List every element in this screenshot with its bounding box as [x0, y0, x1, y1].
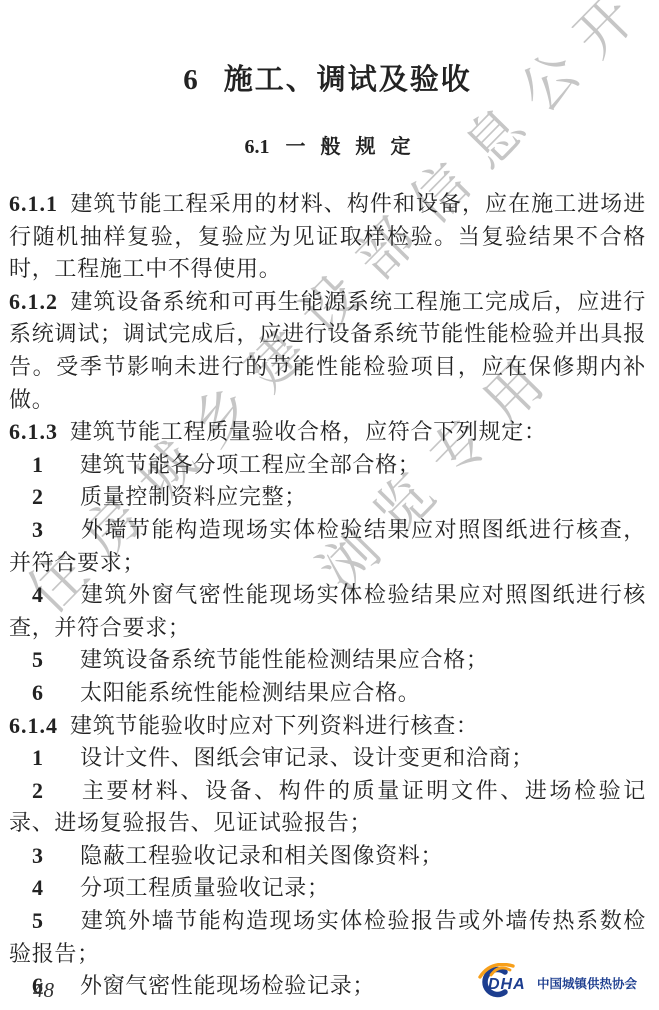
- clause-paragraph: 6.1.1建筑节能工程采用的材料、构件和设备，应在施工进场进行随机抽样复验，复验…: [9, 188, 646, 286]
- paragraph-text: 主要材料、设备、构件的质量证明文件、进场检验记录、进场复验报告、见证试验报告；: [9, 778, 646, 836]
- paragraph-text: 建筑外墙节能构造现场实体检验报告或外墙传热系数检验报告；: [9, 908, 646, 966]
- paragraph-text: 设计文件、图纸会审记录、设计变更和洽商；: [80, 745, 534, 770]
- paragraph-text: 建筑外窗气密性能现场实体检验结果应对照图纸进行核查，并符合要求；: [9, 582, 646, 640]
- paragraph-number: 3: [32, 517, 44, 542]
- list-item: 2质量控制资料应完整；: [9, 481, 646, 514]
- paragraph-text: 建筑设备系统和可再生能源系统工程施工完成后，应进行系统调试；调试完成后，应进行设…: [9, 289, 646, 412]
- paragraph-text: 隐蔽工程验收记录和相关图像资料；: [80, 843, 443, 868]
- clause-paragraph: 6.1.2建筑设备系统和可再生能源系统工程施工完成后，应进行系统调试；调试完成后…: [9, 286, 646, 416]
- paragraph-number: 2: [32, 778, 44, 803]
- paragraph-text: 建筑节能各分项工程应全部合格；: [80, 452, 421, 477]
- paragraph-text: 质量控制资料应完整；: [80, 484, 307, 509]
- list-item: 2主要材料、设备、构件的质量证明文件、进场检验记录、进场复验报告、见证试验报告；: [9, 775, 646, 840]
- paragraph-number: 6.1.1: [9, 191, 58, 216]
- paragraph-number: 5: [32, 908, 44, 933]
- paragraph-number: 2: [32, 484, 44, 509]
- paragraph-number: 6: [32, 680, 44, 705]
- list-item: 4分项工程质量验收记录；: [9, 872, 646, 905]
- paragraph-number: 4: [32, 875, 44, 900]
- list-item: 6太阳能系统性能检测结果应合格。: [9, 677, 646, 710]
- paragraph-text: 太阳能系统性能检测结果应合格。: [80, 680, 421, 705]
- paragraph-text: 外墙节能构造现场实体检验结果应对照图纸进行核查，并符合要求；: [9, 517, 646, 575]
- association-logo: DHA 中国城镇供热协会: [477, 963, 647, 999]
- paragraph-number: 1: [32, 745, 44, 770]
- chapter-title: 6施工、调试及验收: [9, 60, 646, 100]
- dha-logo-icon: DHA 中国城镇供热协会: [477, 963, 647, 999]
- paragraph-number: 6.1.2: [9, 289, 58, 314]
- list-item: 1建筑节能各分项工程应全部合格；: [9, 449, 646, 482]
- clause-paragraph: 6.1.3建筑节能工程质量验收合格，应符合下列规定：: [9, 416, 646, 449]
- clause-paragraph: 6.1.4建筑节能验收时应对下列资料进行核查：: [9, 710, 646, 743]
- logo-abbr: DHA: [488, 976, 526, 993]
- list-item: 1设计文件、图纸会审记录、设计变更和洽商；: [9, 742, 646, 775]
- paragraph-text: 建筑节能工程质量验收合格，应符合下列规定：: [70, 419, 547, 444]
- paragraph-number: 6.1.4: [9, 713, 58, 738]
- list-item: 3隐蔽工程验收记录和相关图像资料；: [9, 840, 646, 873]
- page-content: 6施工、调试及验收 6.1一 般 规 定 6.1.1建筑节能工程采用的材料、构件…: [0, 60, 659, 1003]
- paragraph-text: 建筑设备系统节能性能检测结果应合格；: [80, 647, 489, 672]
- list-item: 5建筑设备系统节能性能检测结果应合格；: [9, 644, 646, 677]
- chapter-title-text: 施工、调试及验收: [224, 64, 472, 96]
- paragraph-number: 3: [32, 843, 44, 868]
- section-number: 6.1: [245, 136, 270, 158]
- paragraph-text: 建筑节能工程采用的材料、构件和设备，应在施工进场进行随机抽样复验，复验应为见证取…: [9, 191, 646, 281]
- document-page: 住房城乡建设部信息公开 浏览专用 6施工、调试及验收 6.1一 般 规 定 6.…: [0, 0, 659, 1010]
- paragraph-number: 4: [32, 582, 44, 607]
- logo-name: 中国城镇供热协会: [537, 976, 638, 991]
- paragraph-number: 6.1.3: [9, 419, 58, 444]
- clause-list: 6.1.1建筑节能工程采用的材料、构件和设备，应在施工进场进行随机抽样复验，复验…: [9, 188, 646, 1003]
- paragraph-text: 分项工程质量验收记录；: [80, 875, 330, 900]
- chapter-number: 6: [183, 64, 198, 96]
- paragraph-text: 建筑节能验收时应对下列资料进行核查：: [70, 713, 479, 738]
- list-item: 3外墙节能构造现场实体检验结果应对照图纸进行核查，并符合要求；: [9, 514, 646, 579]
- section-heading-text: 一 般 规 定: [286, 136, 411, 158]
- list-item: 5建筑外墙节能构造现场实体检验报告或外墙传热系数检验报告；: [9, 905, 646, 970]
- section-heading: 6.1一 般 规 定: [9, 132, 646, 162]
- paragraph-number: 5: [32, 647, 44, 672]
- paragraph-text: 外窗气密性能现场检验记录；: [80, 973, 375, 998]
- paragraph-number: 1: [32, 452, 44, 477]
- page-number: 48: [33, 978, 54, 1003]
- list-item: 4建筑外窗气密性能现场实体检验结果应对照图纸进行核查，并符合要求；: [9, 579, 646, 644]
